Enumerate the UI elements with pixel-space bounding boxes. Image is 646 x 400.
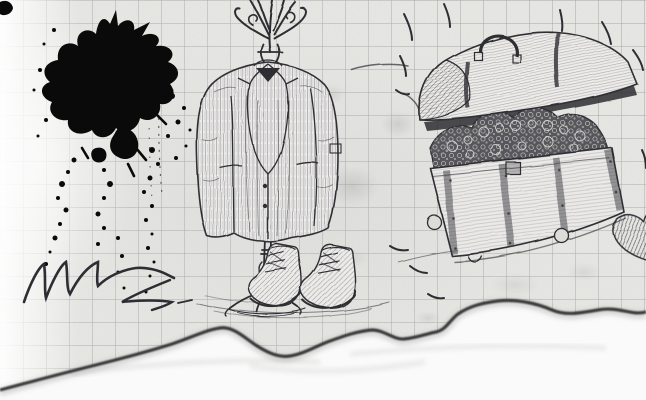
sketch-figure: squared graph paper sheet, torn along th… (0, 0, 646, 400)
chest-latch (506, 162, 520, 174)
ink-blot-satellite-small (91, 148, 106, 163)
scan-canvas: squared graph paper sheet, torn along th… (0, 0, 646, 400)
